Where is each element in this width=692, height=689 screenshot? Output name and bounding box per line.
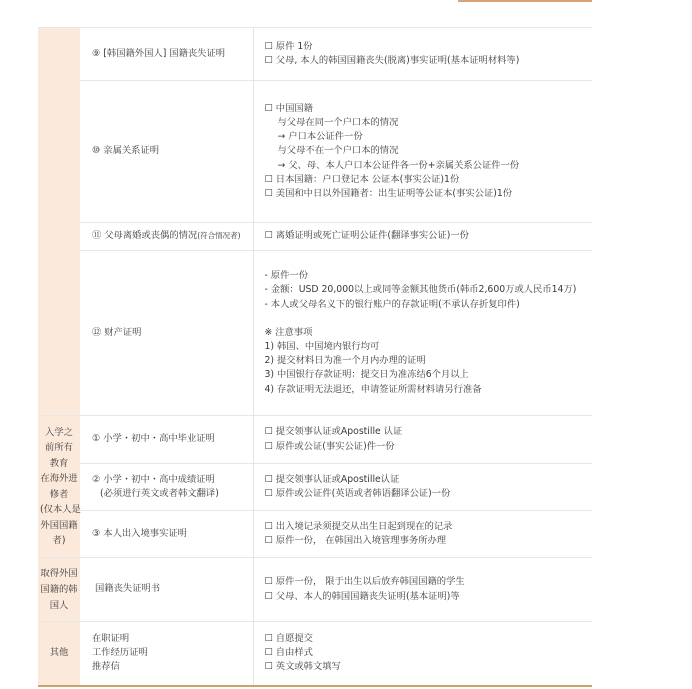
detail-line: ☐ 美国和中日以外国籍者：出生证明等公证本(事实公证)1份 [265, 187, 592, 201]
details-cell: ☐ 提交领事认证或Apostille 认证 ☐ 原件或公证(事实公证)件一份 [253, 416, 592, 464]
category-line: 前所有 [40, 440, 78, 456]
table-row: ⑫ 财产证明 - 原件一份 - 金额：USD 20,000以上或同等金额其他货币… [38, 251, 592, 416]
item-label: ③ 本人出入境事实证明 [92, 528, 187, 539]
item-label: 推荐信 [92, 660, 252, 674]
detail-line: 与父母在同一个户口本的情况 [265, 116, 592, 130]
detail-line: ☐ 自由样式 [265, 646, 592, 660]
detail-line: ☐ 提交领事认证或Apostille认证 [265, 473, 592, 487]
item-label: ⑪ 父母离婚或丧偶的情况 [92, 230, 197, 241]
item-label: 国籍丧失证明书 [95, 583, 160, 594]
item-cell: ⑫ 财产证明 [80, 251, 253, 416]
item-label: ⑨ [韩国籍外国人] 国籍丧失证明 [92, 48, 225, 59]
detail-line: 4) 存款证明无法退还，申请签证所需材料请另行准备 [265, 383, 592, 397]
category-cell-education: 入学之 前所有 教育 在海外进 修者 (仅本人是 外国国籍 者) [38, 416, 80, 558]
detail-line: - 金额：USD 20,000以上或同等金额其他货币(韩币2,600万或人民币1… [265, 283, 592, 297]
top-accent-bar [458, 0, 592, 2]
detail-line: → 父、母、本人户口本公证件各一份+亲属关系公证件一份 [265, 159, 592, 173]
category-line: 教育 [40, 456, 78, 472]
category-line: 其他 [50, 647, 69, 658]
detail-line: ☐ 原件或公证(事实公证)件一份 [265, 440, 592, 454]
table-row: ⑪ 父母离婚或丧偶的情况(符合情况者) ☐ 离婚证明或死亡证明公证件(翻译事实公… [38, 223, 592, 251]
category-line: (仅本人是 [40, 502, 78, 518]
details-cell: ☐ 中国国籍 与父母在同一个户口本的情况 → 户口本公证件一份 与父母不在一个户… [253, 81, 592, 223]
item-cell: ⑨ [韩国籍外国人] 国籍丧失证明 [80, 28, 253, 81]
detail-line: 1) 韩国、中国境内银行均可 [265, 340, 592, 354]
details-cell: ☐ 自愿提交 ☐ 自由样式 ☐ 英文或韩文填写 [253, 622, 592, 686]
detail-line: → 户口本公证件一份 [265, 130, 592, 144]
item-cell: ⑪ 父母离婚或丧偶的情况(符合情况者) [80, 223, 253, 251]
item-label: ⑫ 财产证明 [92, 327, 141, 338]
details-cell: ☐ 提交领事认证或Apostille认证 ☐ 原件或公证件(英语或者韩语翻译公证… [253, 464, 592, 511]
detail-line: ☐ 原件 1份 [265, 40, 592, 54]
category-line: 外国国籍 [40, 518, 78, 534]
category-line: 者) [40, 533, 78, 549]
details-cell: ☐ 原件 1份 ☐ 父母, 本人的韩国国籍丧失(脱离)事实证明(基本证明材料等) [253, 28, 592, 81]
detail-line: ☐ 原件一份， 限于出生以后放弃韩国国籍的学生 [265, 575, 592, 589]
category-cell-other: 其他 [38, 622, 80, 686]
table-row: ③ 本人出入境事实证明 ☐ 出入境记录须提交从出生日起到现在的记录 ☐ 原件一份… [38, 511, 592, 558]
detail-line: ☐ 原件一份， 在韩国出入境管理事务所办理 [265, 534, 592, 548]
category-line: 国籍的韩 [40, 582, 78, 598]
details-cell: ☐ 原件一份， 限于出生以后放弃韩国国籍的学生 ☐ 父母、本人的韩国国籍丧失证明… [253, 558, 592, 622]
details-cell: ☐ 离婚证明或死亡证明公证件(翻译事实公证)一份 [253, 223, 592, 251]
table-row: 取得外国 国籍的韩 国人 国籍丧失证明书 ☐ 原件一份， 限于出生以后放弃韩国国… [38, 558, 592, 622]
item-cell: ① 小学・初中・高中毕业证明 [80, 416, 253, 464]
detail-line: ☐ 父母, 本人的韩国国籍丧失(脱离)事实证明(基本证明材料等) [265, 54, 592, 68]
detail-line: ☐ 自愿提交 [265, 632, 592, 646]
detail-line: ☐ 中国国籍 [265, 102, 592, 116]
item-label: 工作经历证明 [92, 646, 252, 660]
detail-line: ☐ 出入境记录须提交从出生日起到现在的记录 [265, 520, 592, 534]
detail-line: ☐ 父母、本人的韩国国籍丧失证明(基本证明)等 [265, 590, 592, 604]
item-cell: ⑩ 亲属关系证明 [80, 81, 253, 223]
detail-line: ☐ 原件或公证件(英语或者韩语翻译公证)一份 [265, 487, 592, 501]
table-row: ② 小学・初中・高中成绩证明 (必须进行英文或者韩文翻译) ☐ 提交领事认证或A… [38, 464, 592, 511]
detail-line: - 本人或父母名义下的银行账户的存款证明(不承认存折复印件) [265, 298, 592, 312]
item-cell: 在职证明 工作经历证明 推荐信 [80, 622, 253, 686]
details-cell: - 原件一份 - 金额：USD 20,000以上或同等金额其他货币(韩币2,60… [253, 251, 592, 416]
table-row: 入学之 前所有 教育 在海外进 修者 (仅本人是 外国国籍 者) ① 小学・初中… [38, 416, 592, 464]
document-requirements-table: ⑨ [韩国籍外国人] 国籍丧失证明 ☐ 原件 1份 ☐ 父母, 本人的韩国国籍丧… [38, 27, 592, 687]
category-line: 在海外进 [40, 471, 78, 487]
detail-line: ☐ 英文或韩文填写 [265, 660, 592, 674]
category-line: 取得外国 [40, 566, 78, 582]
category-cell-empty [38, 28, 80, 416]
detail-line: 2) 提交材料日为准一个月内办理的证明 [265, 354, 592, 368]
category-line: 修者 [40, 487, 78, 503]
item-cell: ③ 本人出入境事实证明 [80, 511, 253, 558]
table-row: ⑩ 亲属关系证明 ☐ 中国国籍 与父母在同一个户口本的情况 → 户口本公证件一份… [38, 81, 592, 223]
item-label: ⑩ 亲属关系证明 [92, 145, 159, 156]
spacer [265, 312, 592, 326]
detail-line: 3) 中国银行存款证明：提交日为准冻结6个月以上 [265, 368, 592, 382]
detail-line: ☐ 提交领事认证或Apostille 认证 [265, 425, 592, 439]
item-label: ① 小学・初中・高中毕业证明 [92, 433, 215, 444]
detail-line: ☐ 离婚证明或死亡证明公证件(翻译事实公证)一份 [265, 229, 592, 243]
detail-line: 与父母不在一个户口本的情况 [265, 144, 592, 158]
detail-line: ※ 注意事项 [265, 326, 592, 340]
detail-line: - 原件一份 [265, 269, 592, 283]
details-cell: ☐ 出入境记录须提交从出生日起到现在的记录 ☐ 原件一份， 在韩国出入境管理事务… [253, 511, 592, 558]
item-label: ② 小学・初中・高中成绩证明 [92, 473, 252, 487]
category-line: 国人 [40, 598, 78, 614]
table-row: 其他 在职证明 工作经历证明 推荐信 ☐ 自愿提交 ☐ 自由样式 ☐ 英文或韩文… [38, 622, 592, 686]
category-line: 入学之 [40, 425, 78, 441]
item-note: (必须进行英文或者韩文翻译) [92, 487, 252, 501]
item-cell: 国籍丧失证明书 [80, 558, 253, 622]
table-row: ⑨ [韩国籍外国人] 国籍丧失证明 ☐ 原件 1份 ☐ 父母, 本人的韩国国籍丧… [38, 28, 592, 81]
detail-line: ☐ 日本国籍：户口登记本 公证本(事实公证)1份 [265, 173, 592, 187]
item-note: (符合情况者) [197, 231, 240, 240]
category-cell-korean: 取得外国 国籍的韩 国人 [38, 558, 80, 622]
item-label: 在职证明 [92, 632, 252, 646]
item-cell: ② 小学・初中・高中成绩证明 (必须进行英文或者韩文翻译) [80, 464, 253, 511]
